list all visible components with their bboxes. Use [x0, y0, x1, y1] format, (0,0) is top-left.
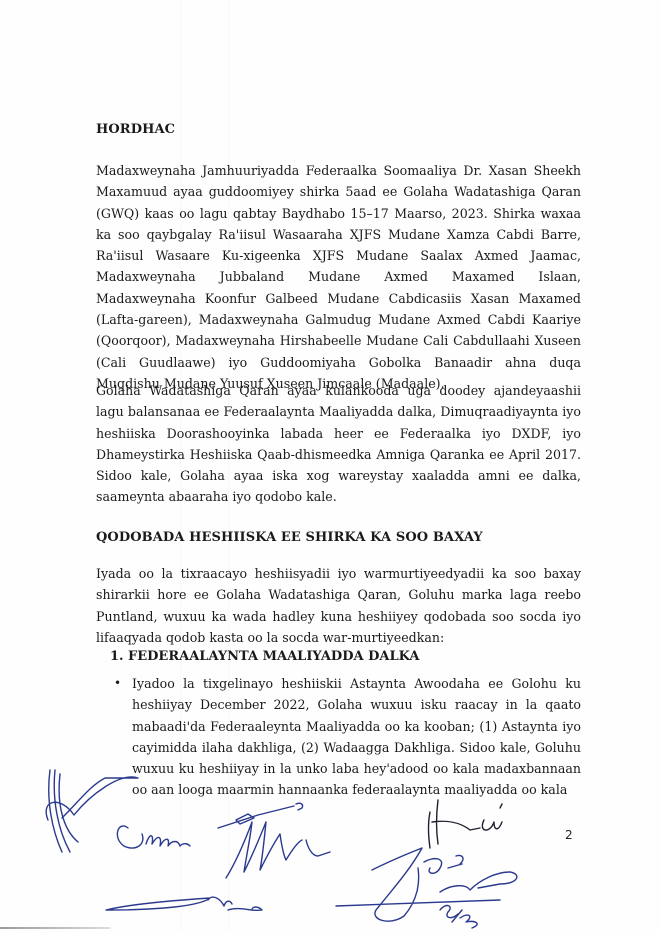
intro-paragraph-agenda: Golaha Wadatashiga Qaran ayaa kulankooda… — [96, 380, 581, 508]
bullet-icon: • — [114, 673, 132, 801]
document-page: HORDHAC Madaxweynaha Jamhuuriyadda Feder… — [0, 0, 660, 933]
intro-paragraph-attendees: Madaxweynaha Jamhuuriyadda Federaalka So… — [96, 160, 581, 394]
bullet-text: Iyadoo la tixgelinayo heshiiskii Astaynt… — [132, 673, 581, 801]
signature-6 — [429, 800, 503, 848]
numbered-item-heading: 1. FEDERAALAYNTA MAALIYADDA DALKA — [110, 647, 419, 667]
signature-5 — [106, 897, 262, 910]
signature-7-with-date — [336, 848, 517, 928]
scan-edge-shadow — [0, 927, 110, 929]
bullet-list-item: • Iyadoo la tixgelinayo heshiiskii Astay… — [114, 673, 581, 801]
signature-4 — [226, 822, 330, 878]
handwritten-date: 17-3 2023 — [440, 880, 445, 881]
page-number: 2 — [565, 828, 573, 842]
section-heading-agreements: QODOBADA HESHIISKA EE SHIRKA KA SOO BAXA… — [96, 528, 483, 548]
item-number: 1. — [110, 647, 128, 667]
item-title: FEDERAALAYNTA MAALIYADDA DALKA — [128, 647, 419, 667]
signature-3 — [218, 803, 303, 828]
agreements-intro-paragraph: Iyada oo la tixraacayo heshiisyadii iyo … — [96, 563, 581, 648]
section-heading-intro: HORDHAC — [96, 120, 175, 140]
